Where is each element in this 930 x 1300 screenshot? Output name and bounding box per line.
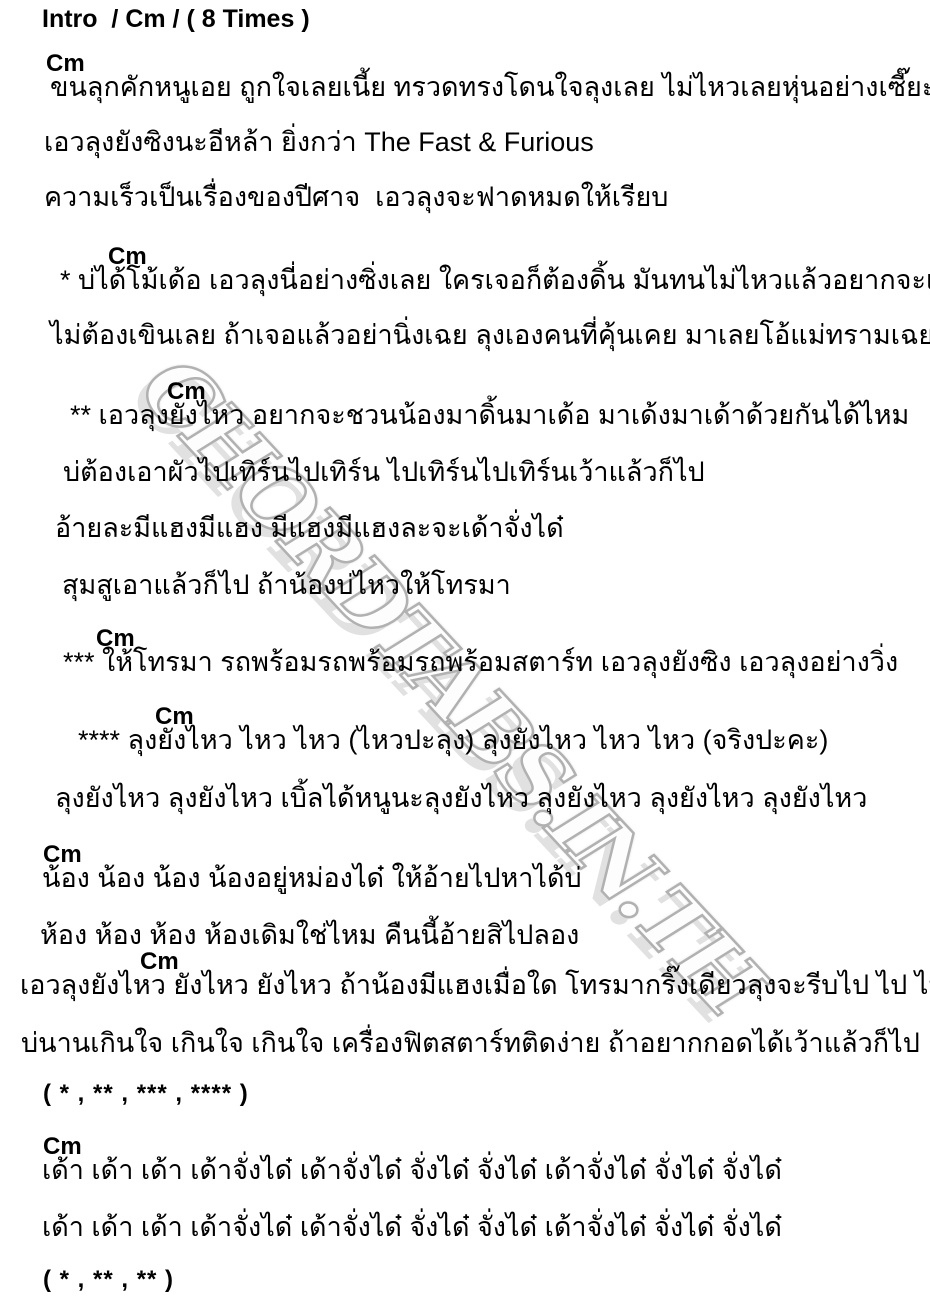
lyric-line: ลุงยังไหว ลุงยังไหว เบิ้ลได้หนูนะลุงยังไ…	[55, 783, 867, 814]
intro-line: Intro / Cm / ( 8 Times )	[42, 5, 310, 34]
lyric-line: *** ให้โทรมา รถพร้อมรถพร้อมรถพร้อมสตาร์ท…	[63, 647, 898, 678]
lyric-line: ห้อง ห้อง ห้อง ห้องเดิมใช่ไหม คืนนี้อ้าย…	[40, 920, 579, 951]
lyric-line: เอวลุงยังไหว ยังไหว ยังไหว ถ้าน้องมีแฮงเ…	[20, 970, 930, 1001]
lyric-line: บ่นานเกินใจ เกินใจ เกินใจ เครื่องฟิตสตาร…	[21, 1028, 920, 1059]
lyric-line: ความเร็วเป็นเรื่องของปีศาจ เอวลุงจะฟาดหม…	[44, 182, 668, 213]
lyric-line: เด้า เด้า เด้า เด้าจั่งได๋ เด้าจั่งได๋ จ…	[42, 1212, 782, 1243]
repeat-marker: ( * , ** , *** , **** )	[43, 1080, 249, 1108]
lyric-line: ** เอวลุงยังไหว อยากจะชวนน้องมาดิ้นมาเด้…	[70, 400, 909, 431]
lyric-line: ขนลุกคักหนูเอย ถูกใจเลยเนี้ย ทรวดทรงโดนใ…	[50, 72, 930, 103]
lyric-line: เอวลุงยังซิงนะอีหล้า ยิ่งกว่า The Fast &…	[44, 127, 594, 158]
lyric-line: * บ่ได้โม้เด้อ เอวลุงนี่อย่างซิ่งเลย ใคร…	[60, 265, 930, 296]
lyric-line: น้อง น้อง น้อง น้องอยู่หม่องได๋ ให้อ้ายไ…	[42, 863, 582, 894]
lyric-line: เด้า เด้า เด้า เด้าจั่งได๋ เด้าจั่งได๋ จ…	[42, 1155, 782, 1186]
lyric-line: ไม่ต้องเขินเลย ถ้าเจอแล้วอย่านิ่งเฉย ลุง…	[50, 320, 930, 351]
lyric-line: **** ลุงยังไหว ไหว ไหว (ไหวปะลุง) ลุงยัง…	[78, 725, 828, 756]
lyric-line: อ้ายละมีแฮงมีแฮง มีแฮงมีแฮงละจะเด้าจั่งไ…	[55, 513, 564, 544]
lyric-line: สุมสูเอาแล้วก็ไป ถ้าน้องบ่ไหวให้โทรมา	[62, 570, 511, 601]
lyric-line: บ่ต้องเอาผัวไปเทิร์นไปเทิร์น ไปเทิร์นไปเ…	[63, 457, 705, 488]
chord-sheet-page: CHORDTABS.IN.TH Intro / Cm / ( 8 Times )…	[0, 0, 930, 1300]
repeat-marker: ( * , ** , ** )	[43, 1266, 174, 1294]
